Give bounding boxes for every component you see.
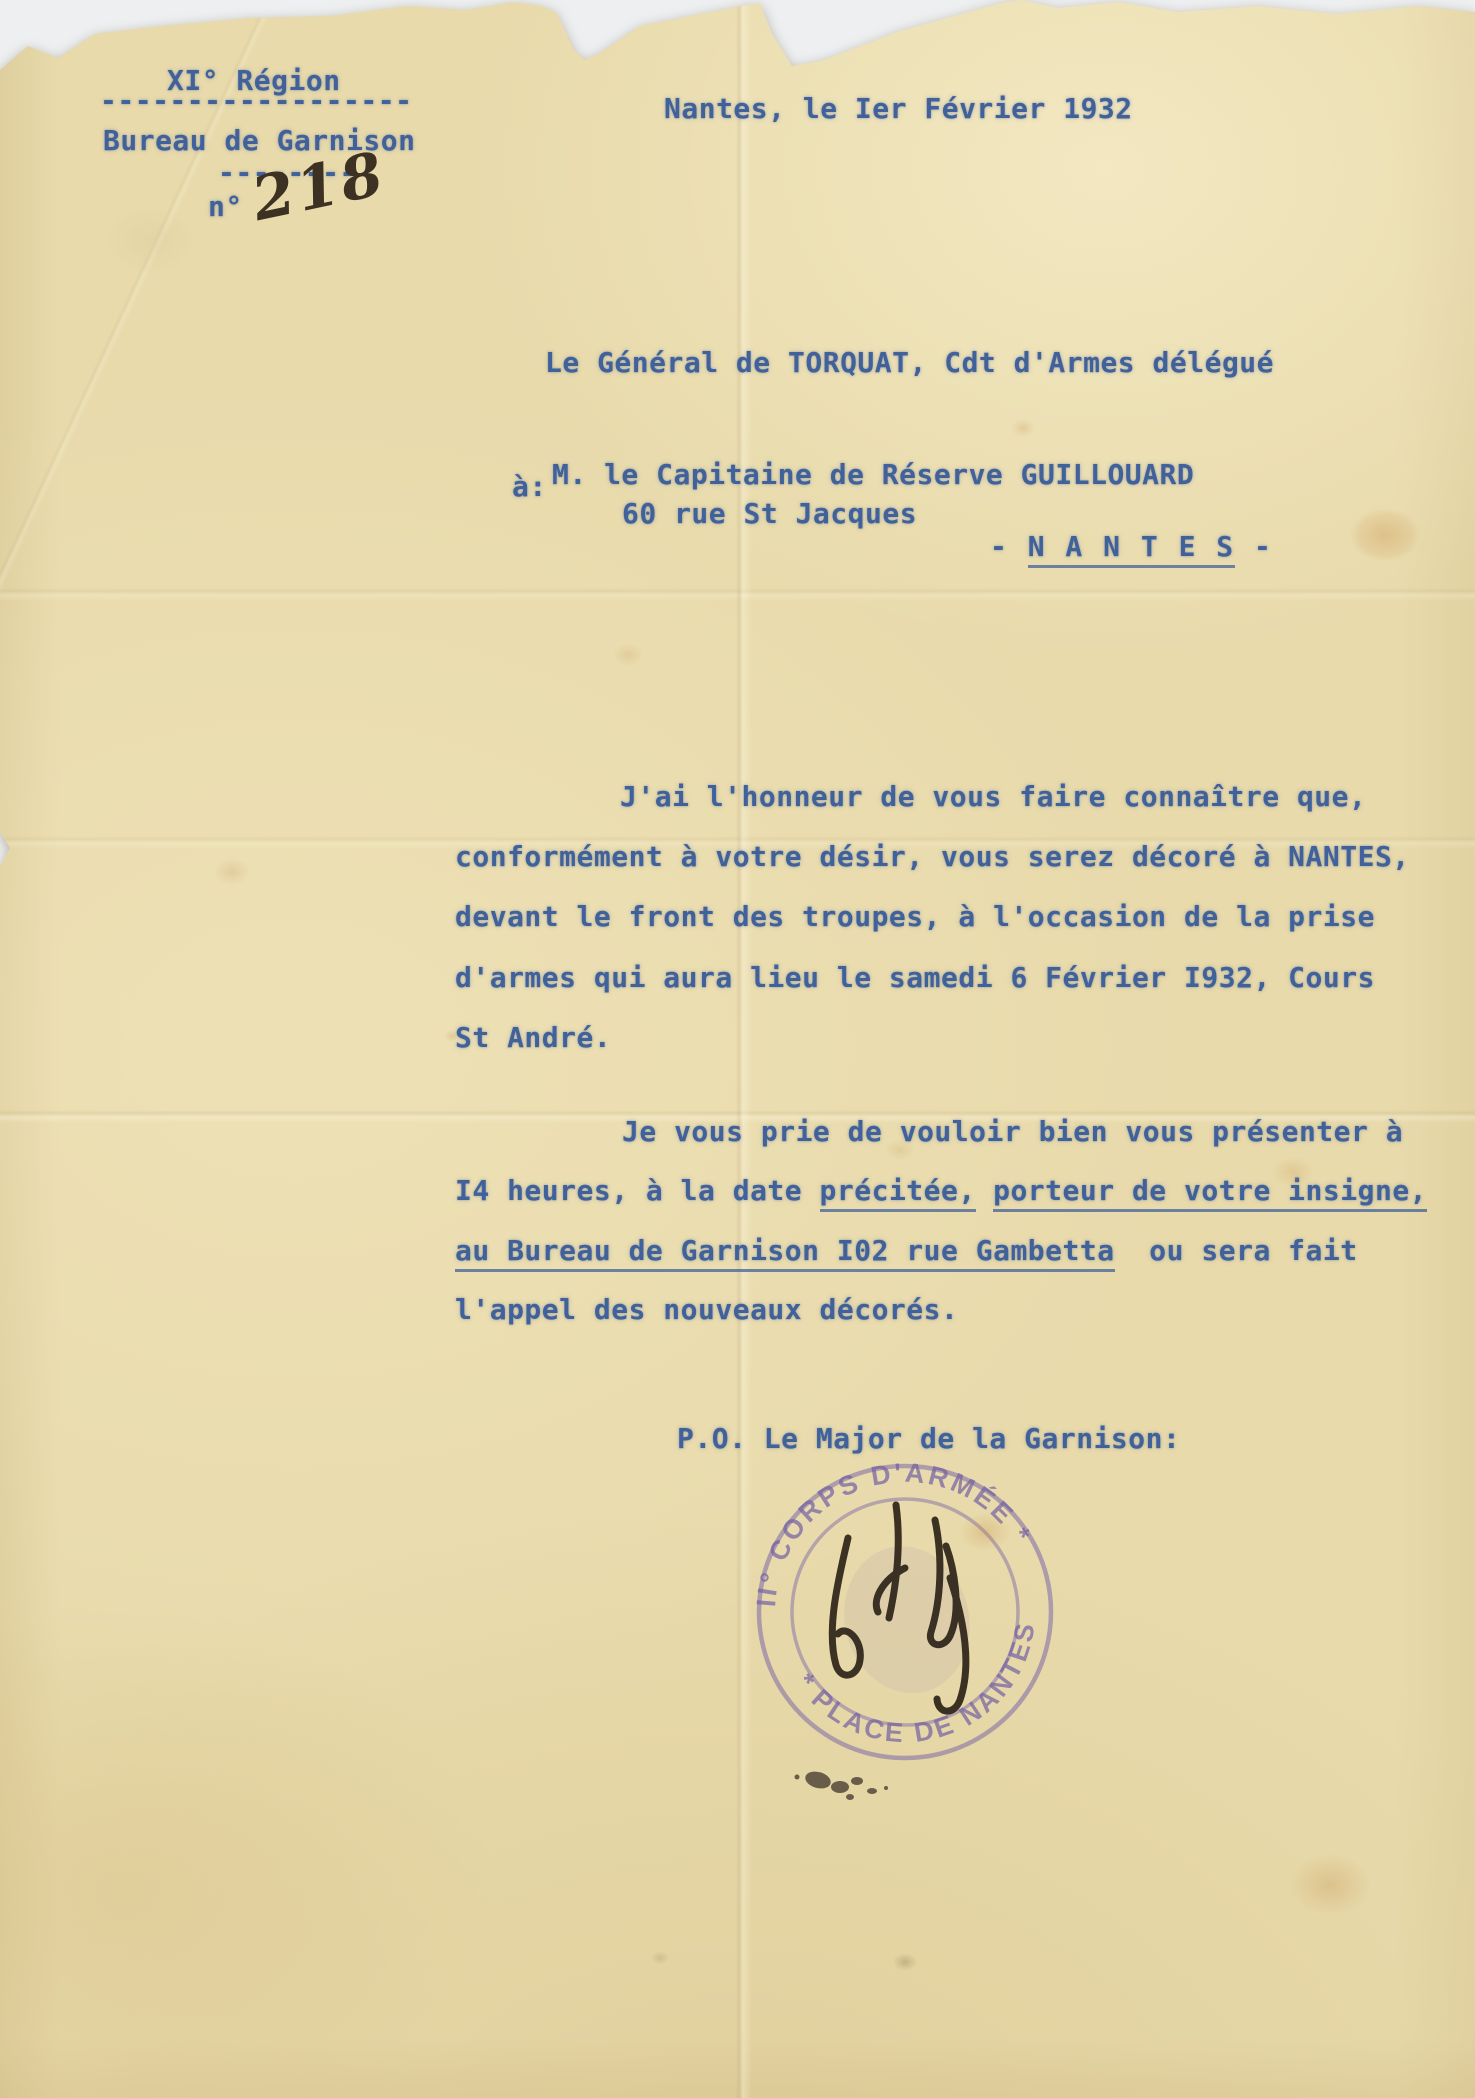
body-text: I4 heures, à la date xyxy=(455,1174,820,1207)
underlined-text: porteur de votre insigne, xyxy=(993,1174,1427,1212)
header-dashes-1: ------------------ xyxy=(100,84,412,118)
dateline: Nantes, le Ier Février 1932 xyxy=(664,92,1133,126)
letter-paper: XI° Région ------------------ Bureau de … xyxy=(0,0,1475,2098)
body-line: d'armes qui aura lieu le samedi 6 Févrie… xyxy=(455,961,1375,995)
addressee-street: 60 rue St Jacques xyxy=(622,497,917,531)
body-line: au Bureau de Garnison I02 rue Gambetta o… xyxy=(455,1234,1358,1268)
garrison-stamp: II° CORPS D'ARMÉE * * PLACE DE NANTES xyxy=(724,1450,1084,1789)
addressee-to-label: à: xyxy=(512,470,547,504)
scanned-letter: XI° Région ------------------ Bureau de … xyxy=(0,0,1475,2098)
underlined-text: précitée, xyxy=(820,1174,976,1212)
ink-smudge xyxy=(795,1769,889,1800)
underlined-text: au Bureau de Garnison I02 rue Gambetta xyxy=(455,1234,1115,1272)
addressee-city: - N A N T E S - xyxy=(990,530,1273,564)
city-dash-right: - xyxy=(1235,530,1273,563)
city-dash-left: - xyxy=(990,530,1028,563)
body-text xyxy=(976,1174,993,1207)
body-line: I4 heures, à la date précitée, porteur d… xyxy=(455,1174,1427,1208)
body-line: conformément à votre désir, vous serez d… xyxy=(455,840,1410,874)
body-line: J'ai l'honneur de vous faire connaître q… xyxy=(620,780,1366,814)
addressee-name: M. le Capitaine de Réserve GUILLOUARD xyxy=(552,458,1194,492)
stamp-signature-area: II° CORPS D'ARMÉE * * PLACE DE NANTES xyxy=(700,1450,1120,1830)
sender-line: Le Général de TORQUAT, Cdt d'Armes délég… xyxy=(545,346,1274,380)
body-line: St André. xyxy=(455,1021,611,1055)
body-line: devant le front des troupes, à l'occasio… xyxy=(455,900,1375,934)
document-number-label: n° xyxy=(208,190,243,224)
body-text: ou sera fait xyxy=(1115,1234,1358,1267)
city-name-underlined: N A N T E S xyxy=(1028,530,1235,568)
body-line: Je vous prie de vouloir bien vous présen… xyxy=(622,1115,1403,1149)
body-line: l'appel des nouveaux décorés. xyxy=(455,1293,958,1327)
